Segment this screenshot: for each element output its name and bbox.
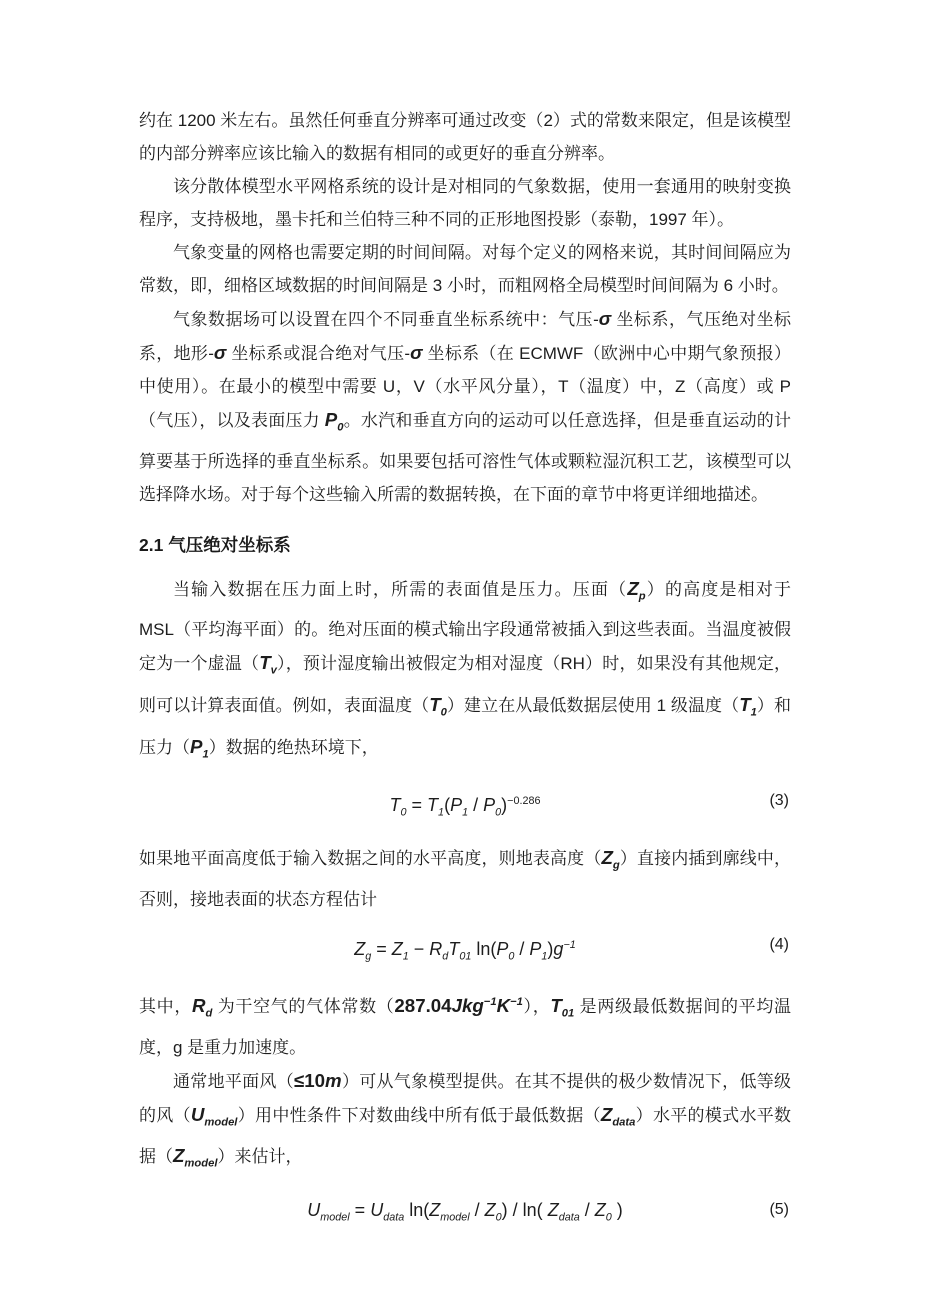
text-run: / bbox=[470, 1200, 485, 1220]
math-variable: Jkg−1 bbox=[452, 995, 497, 1016]
math-variable: T1 bbox=[739, 694, 757, 715]
math-variable: Zmodel bbox=[173, 1145, 217, 1166]
math-variable: g−1 bbox=[553, 939, 575, 959]
text-run: 气象变量的网格也需要定期的时间间隔。对每个定义的网格来说，其时间间隔应为常数，即… bbox=[139, 243, 791, 295]
math-subscript: 01 bbox=[459, 951, 471, 963]
equation-number: (4) bbox=[769, 927, 789, 963]
text-run: )−0.286 bbox=[501, 795, 540, 815]
math-variable: Rd bbox=[429, 939, 448, 959]
math-variable: Zmodel bbox=[429, 1200, 469, 1220]
math-variable: P0 bbox=[325, 409, 344, 430]
text-run: ln( bbox=[471, 939, 496, 959]
math-variable: Z0 bbox=[485, 1200, 502, 1220]
text-run: − bbox=[409, 939, 430, 959]
math-superscript: −1 bbox=[484, 996, 497, 1008]
math-variable: Udata bbox=[370, 1200, 404, 1220]
math-variable: P1 bbox=[529, 939, 547, 959]
text-run: 如果地平面高度低于输入数据之间的水平高度，则地表高度（ bbox=[139, 849, 601, 868]
equation: T0 = T1(P1 / P0)−0.286(3) bbox=[139, 783, 791, 831]
text-run: 其中， bbox=[139, 997, 192, 1016]
math-superscript: −0.286 bbox=[507, 795, 540, 807]
math-variable: σ bbox=[599, 308, 611, 329]
equation: Umodel = Udata ln(Zmodel / Z0) / ln( Zda… bbox=[139, 1192, 791, 1236]
math-variable: Zg bbox=[354, 939, 371, 959]
text-run: ）， bbox=[523, 997, 551, 1016]
text-run: / bbox=[580, 1200, 595, 1220]
math-variable: Z1 bbox=[392, 939, 409, 959]
math-variable: T0 bbox=[429, 694, 447, 715]
math-variable: Tv bbox=[259, 652, 277, 673]
text-run: 气象数据场可以设置在四个不同垂直坐标系统中：气压- bbox=[173, 310, 599, 329]
equation: Zg = Z1 − RdT01 ln(P0 / P1)g−1(4) bbox=[139, 927, 791, 975]
paragraph: 如果地平面高度低于输入数据之间的水平高度，则地表高度（Zg）直接内插到廓线中，否… bbox=[139, 841, 791, 916]
math-variable: σ bbox=[214, 342, 226, 363]
text-run: ）用中性条件下对数曲线中所有低于最低数据（ bbox=[237, 1106, 600, 1125]
text-run: 当输入数据在压力面上时，所需的表面值是压力。压面（ bbox=[173, 580, 627, 599]
text-run: ) / ln( bbox=[502, 1200, 548, 1220]
math-variable: Zdata bbox=[601, 1104, 636, 1125]
paragraph: 气象数据场可以设置在四个不同垂直坐标系统中：气压-σ 坐标系，气压绝对坐标系，地… bbox=[139, 302, 791, 511]
math-variable: T01 bbox=[448, 939, 471, 959]
math-subscript: model bbox=[204, 1116, 237, 1128]
math-subscript: p bbox=[639, 590, 646, 602]
equation-body: Umodel = Udata ln(Zmodel / Z0) / ln( Zda… bbox=[307, 1200, 622, 1220]
paragraph: 气象变量的网格也需要定期的时间间隔。对每个定义的网格来说，其时间间隔应为常数，即… bbox=[139, 236, 791, 302]
text-run: = bbox=[371, 939, 392, 959]
math-variable: P1 bbox=[450, 795, 468, 815]
text-run: = bbox=[350, 1200, 371, 1220]
paragraph: 该分散体模型水平网格系统的设计是对相同的气象数据，使用一套通用的映射变换程序，支… bbox=[139, 170, 791, 236]
text-run: ）建立在从最低数据层使用 1 级温度（ bbox=[447, 696, 739, 715]
equation-body: T0 = T1(P1 / P0)−0.286 bbox=[390, 795, 541, 815]
text-run: 该分散体模型水平网格系统的设计是对相同的气象数据，使用一套通用的映射变换程序，支… bbox=[139, 177, 791, 229]
paragraph: 当输入数据在压力面上时，所需的表面值是压力。压面（Zp）的高度是相对于 MSL（… bbox=[139, 572, 791, 772]
math-variable: Zdata bbox=[548, 1200, 580, 1220]
text-run: = bbox=[407, 795, 428, 815]
text-run: 坐标系或混合绝对气压- bbox=[226, 344, 410, 363]
math-variable: P0 bbox=[496, 939, 514, 959]
equation-number: (3) bbox=[769, 783, 789, 819]
math-subscript: g bbox=[613, 860, 620, 872]
paragraph: 约在 1200 米左右。虽然任何垂直分辨率可通过改变（2）式的常数来限定，但是该… bbox=[139, 104, 791, 170]
math-variable: P1 bbox=[190, 736, 209, 757]
math-variable: P0 bbox=[483, 795, 501, 815]
math-variable: T01 bbox=[550, 995, 574, 1016]
math-subscript: model bbox=[320, 1212, 349, 1224]
math-variable: T1 bbox=[427, 795, 444, 815]
math-variable: Umodel bbox=[307, 1200, 349, 1220]
text-run: 为干空气的气体常数（ bbox=[212, 997, 394, 1016]
math-subscript: model bbox=[440, 1212, 469, 1224]
math-variable: K−1 bbox=[497, 995, 523, 1016]
section-heading: 2.1 气压绝对坐标系 bbox=[139, 532, 791, 557]
text-run: 2.1 气压绝对坐标系 bbox=[139, 535, 291, 555]
text-run: 约在 1200 米左右。虽然任何垂直分辨率可通过改变（2）式的常数来限定，但是该… bbox=[139, 111, 791, 163]
text-run: ≤10 bbox=[294, 1070, 325, 1091]
equation-number: (5) bbox=[769, 1192, 789, 1228]
math-subscript: data bbox=[383, 1212, 404, 1224]
equation-body: Zg = Z1 − RdT01 ln(P0 / P1)g−1 bbox=[354, 939, 576, 959]
text-run: ln( bbox=[404, 1200, 429, 1220]
paragraph: 通常地平面风（≤10m）可从气象模型提供。在其不提供的极少数情况下，低等级的风（… bbox=[139, 1064, 791, 1181]
document-page: 约在 1200 米左右。虽然任何垂直分辨率可通过改变（2）式的常数来限定，但是该… bbox=[0, 0, 926, 1309]
math-variable: σ bbox=[410, 342, 422, 363]
text-run: / bbox=[468, 795, 483, 815]
paragraph: 其中，Rd 为干空气的气体常数（287.04Jkg−1K−1），T01 是两级最… bbox=[139, 986, 791, 1064]
math-superscript: −1 bbox=[510, 996, 523, 1008]
document-content: 约在 1200 米左右。虽然任何垂直分辨率可通过改变（2）式的常数来限定，但是该… bbox=[139, 0, 791, 1247]
math-variable: Zg bbox=[601, 847, 619, 868]
math-variable: m bbox=[325, 1070, 342, 1091]
math-variable: Zp bbox=[627, 578, 645, 599]
math-variable: Z0 bbox=[595, 1200, 612, 1220]
text-run: 287.04 bbox=[394, 995, 451, 1016]
math-subscript: data bbox=[559, 1212, 580, 1224]
text-run: ）数据的绝热环境下， bbox=[209, 738, 379, 757]
math-variable: Umodel bbox=[191, 1104, 238, 1125]
text-run: 通常地平面风（ bbox=[173, 1072, 294, 1091]
math-superscript: −1 bbox=[563, 939, 575, 951]
text-run: / bbox=[514, 939, 529, 959]
math-variable: T0 bbox=[390, 795, 407, 815]
math-subscript: data bbox=[612, 1116, 635, 1128]
text-run: ）来估计， bbox=[217, 1147, 302, 1166]
math-variable: Rd bbox=[192, 995, 212, 1016]
math-subscript: 01 bbox=[562, 1008, 574, 1020]
text-run: ) bbox=[612, 1200, 623, 1220]
math-subscript: model bbox=[184, 1158, 217, 1170]
